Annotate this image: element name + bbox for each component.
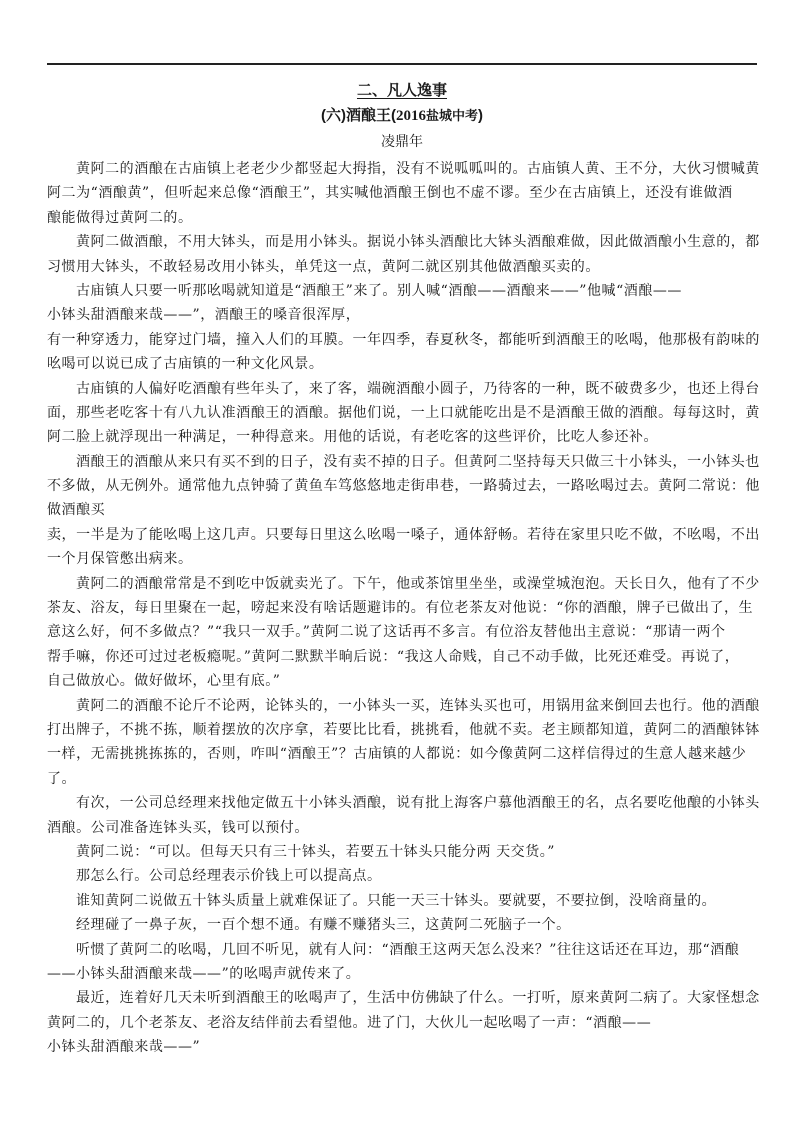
paragraph-line: 听惯了黄阿二的吆喝，几回不听见，就有人问：“酒酿王这两天怎么没来？”往往这话还在… <box>47 938 757 962</box>
paragraph: 那怎么行。公司总经理表示价钱上可以提高点。 <box>47 864 757 888</box>
article-title-suffix: ) <box>478 107 483 124</box>
paragraph-line: 古庙镇的人偏好吃酒酿有些年头了，来了客，端碗酒酿小圆子，乃待客的一种，既不破费多… <box>47 377 757 401</box>
paragraph: 经理碰了一鼻子灰，一百个想不通。有赚不赚猪头三，这黄阿二死脑子一个。 <box>47 913 757 937</box>
paragraph-line: 打出牌子，不挑不拣，顺着摆放的次序拿，若要比比看，挑挑看，他就不卖。老主顾都知道… <box>47 718 757 742</box>
paragraph-line: 茶友、浴友，每日里聚在一起，嗙起来没有啥话题避讳的。有位老茶友对他说：“你的酒酿… <box>47 596 757 620</box>
paragraph: 酒酿王的酒酿从来只有买不到的日子，没有卖不掉的日子。但黄阿二坚持每天只做三十小钵… <box>47 450 757 572</box>
paragraph: 听惯了黄阿二的吆喝，几回不听见，就有人问：“酒酿王这两天怎么没来？”往往这话还在… <box>47 938 757 987</box>
article-title-source: 盐城中考 <box>426 109 478 124</box>
paragraph: 黄阿二说：“可以。但每天只有三十钵头，若要五十钵头只能分两 天交货。” <box>47 840 757 864</box>
author-name: 凌鼎年 <box>47 131 757 153</box>
paragraph-line: 黄阿二的，几个老茶友、老浴友结伴前去看望他。进了门，大伙儿一起吆喝了一声：“酒酿… <box>47 1011 757 1035</box>
paragraph-line: 黄阿二说：“可以。但每天只有三十钵头，若要五十钵头只能分两 天交货。” <box>47 840 757 864</box>
paragraph-line: 黄阿二的酒酿不论斤不论两，论钵头的，一小钵头一买，连钵头买也可，用锅用盆来倒回去… <box>47 694 757 718</box>
paragraph-line: 一个月保管憋出病来。 <box>47 547 757 571</box>
paragraph-line: 卖，一半是为了能吆喝上这几声。只要每日里这么吆喝一嗓子，通体舒畅。若待在家里只吃… <box>47 523 757 547</box>
paragraph-line: 自己做放心。做好做坏，心里有底。” <box>47 669 757 693</box>
article-title: (六)酒酿王(2016盐城中考) <box>47 105 757 127</box>
paragraph-line: 一样，无需挑挑拣拣的，否则，咋叫“酒酿王”？古庙镇的人都说：如今像黄阿二这样信得… <box>47 742 757 766</box>
paragraph: 黄阿二的酒酿不论斤不论两，论钵头的，一小钵头一买，连钵头买也可，用锅用盆来倒回去… <box>47 694 757 792</box>
paragraph-line: 那怎么行。公司总经理表示价钱上可以提高点。 <box>47 864 757 888</box>
paragraph-line: 不多做，从无例外。通常他九点钟骑了黄鱼车笃悠悠地走街串巷，一路骑过去，一路吆喝过… <box>47 474 757 498</box>
paragraph-line: 帮手嘛，你还可过过老板瘾呢。”黄阿二默默半晌后说：“我这人命贱，自己不动手做，比… <box>47 645 757 669</box>
paragraph-line: 做酒酿买 <box>47 498 757 522</box>
document-page: 二、凡人逸事 (六)酒酿王(2016盐城中考) 凌鼎年 黄阿二的酒酿在古庙镇上老… <box>47 80 757 1059</box>
paragraph-line: 有一种穿透力，能穿过门墙，撞入人们的耳膜。一年四季，春夏秋冬，都能听到酒酿王的吆… <box>47 328 757 352</box>
paragraph: 黄阿二做酒酿，不用大钵头，而是用小钵头。据说小钵头酒酿比大钵头酒酿难做，因此做酒… <box>47 230 757 279</box>
paragraph-line: 有次，一公司总经理来找他定做五十小钵头酒酿，说有批上海客户慕他酒酿王的名，点名要… <box>47 791 757 815</box>
paragraph: 最近，连着好几天未听到酒酿王的吆喝声了，生活中仿佛缺了什么。一打听，原来黄阿二病… <box>47 986 757 1059</box>
paragraph-line: 古庙镇人只要一听那吆喝就知道是“酒酿王”来了。别人喊“酒酿——酒酿来——”他喊“… <box>47 279 757 303</box>
paragraph-line: 习惯用大钵头，不敢轻易改用小钵头，单凭这一点，黄阿二就区别其他做酒酿买卖的。 <box>47 255 757 279</box>
paragraph-line: 了。 <box>47 767 757 791</box>
paragraph-line: 黄阿二的酒酿常常是不到吃中饭就卖光了。下午，他或茶馆里坐坐，或澡堂城泡泡。天长日… <box>47 572 757 596</box>
paragraph-line: 面，那些老吃客十有八九认准酒酿王的酒酿。据他们说，一上口就能吃出是不是酒酿王做的… <box>47 401 757 425</box>
paragraph-line: 小钵头甜酒酿来哉——” <box>47 1035 757 1059</box>
article-title-prefix: (六)酒酿王( <box>321 107 396 124</box>
paragraph: 古庙镇人只要一听那吆喝就知道是“酒酿王”来了。别人喊“酒酿——酒酿来——”他喊“… <box>47 279 757 377</box>
paragraph: 古庙镇的人偏好吃酒酿有些年头了，来了客，端碗酒酿小圆子，乃待客的一种，既不破费多… <box>47 377 757 450</box>
paragraph-line: 意这么好，何不多做点？”“我只一双手。”黄阿二说了这话再不多言。有位浴友替他出主… <box>47 620 757 644</box>
paragraph-line: 经理碰了一鼻子灰，一百个想不通。有赚不赚猪头三，这黄阿二死脑子一个。 <box>47 913 757 937</box>
article-body: 黄阿二的酒酿在古庙镇上老老少少都竖起大拇指，没有不说呱呱叫的。古庙镇人黄、王不分… <box>47 157 757 1059</box>
paragraph-line: 阿二为“酒酿黄”，但听起来总像“酒酿王”，其实喊他酒酿王倒也不虚不谬。至少在古庙… <box>47 181 757 205</box>
paragraph-line: 谁知黄阿二说做五十钵头质量上就难保证了。只能一天三十钵头。要就要，不要拉倒，没啥… <box>47 889 757 913</box>
paragraph-line: 黄阿二的酒酿在古庙镇上老老少少都竖起大拇指，没有不说呱呱叫的。古庙镇人黄、王不分… <box>47 157 757 181</box>
paragraph-line: ——小钵头甜酒酿来哉——”的吆喝声就传来了。 <box>47 962 757 986</box>
paragraph-line: 吆喝可以说已成了古庙镇的一种文化风景。 <box>47 352 757 376</box>
paragraph-line: 最近，连着好几天未听到酒酿王的吆喝声了，生活中仿佛缺了什么。一打听，原来黄阿二病… <box>47 986 757 1010</box>
paragraph-line: 黄阿二做酒酿，不用大钵头，而是用小钵头。据说小钵头酒酿比大钵头酒酿难做，因此做酒… <box>47 230 757 254</box>
paragraph-line: 酿能做得过黄阿二的。 <box>47 206 757 230</box>
paragraph-line: 酒酿。公司准备连钵头买，钱可以预付。 <box>47 816 757 840</box>
paragraph: 谁知黄阿二说做五十钵头质量上就难保证了。只能一天三十钵头。要就要，不要拉倒，没啥… <box>47 889 757 913</box>
paragraph-line: 酒酿王的酒酿从来只有买不到的日子，没有卖不掉的日子。但黄阿二坚持每天只做三十小钵… <box>47 450 757 474</box>
article-title-year: 2016 <box>396 108 426 124</box>
paragraph-line: 阿二脸上就浮现出一种满足，一种得意来。用他的话说，有老吃客的这些评价，比吃人参还… <box>47 425 757 449</box>
section-title: 二、凡人逸事 <box>47 80 757 102</box>
paragraph-line: 小钵头甜酒酿来哉——”，酒酿王的嗓音很浑厚， <box>47 303 757 327</box>
paragraph: 黄阿二的酒酿在古庙镇上老老少少都竖起大拇指，没有不说呱呱叫的。古庙镇人黄、王不分… <box>47 157 757 230</box>
header-rule <box>47 63 757 65</box>
paragraph: 黄阿二的酒酿常常是不到吃中饭就卖光了。下午，他或茶馆里坐坐，或澡堂城泡泡。天长日… <box>47 572 757 694</box>
paragraph: 有次，一公司总经理来找他定做五十小钵头酒酿，说有批上海客户慕他酒酿王的名，点名要… <box>47 791 757 840</box>
section-title-text: 二、凡人逸事 <box>357 82 447 99</box>
